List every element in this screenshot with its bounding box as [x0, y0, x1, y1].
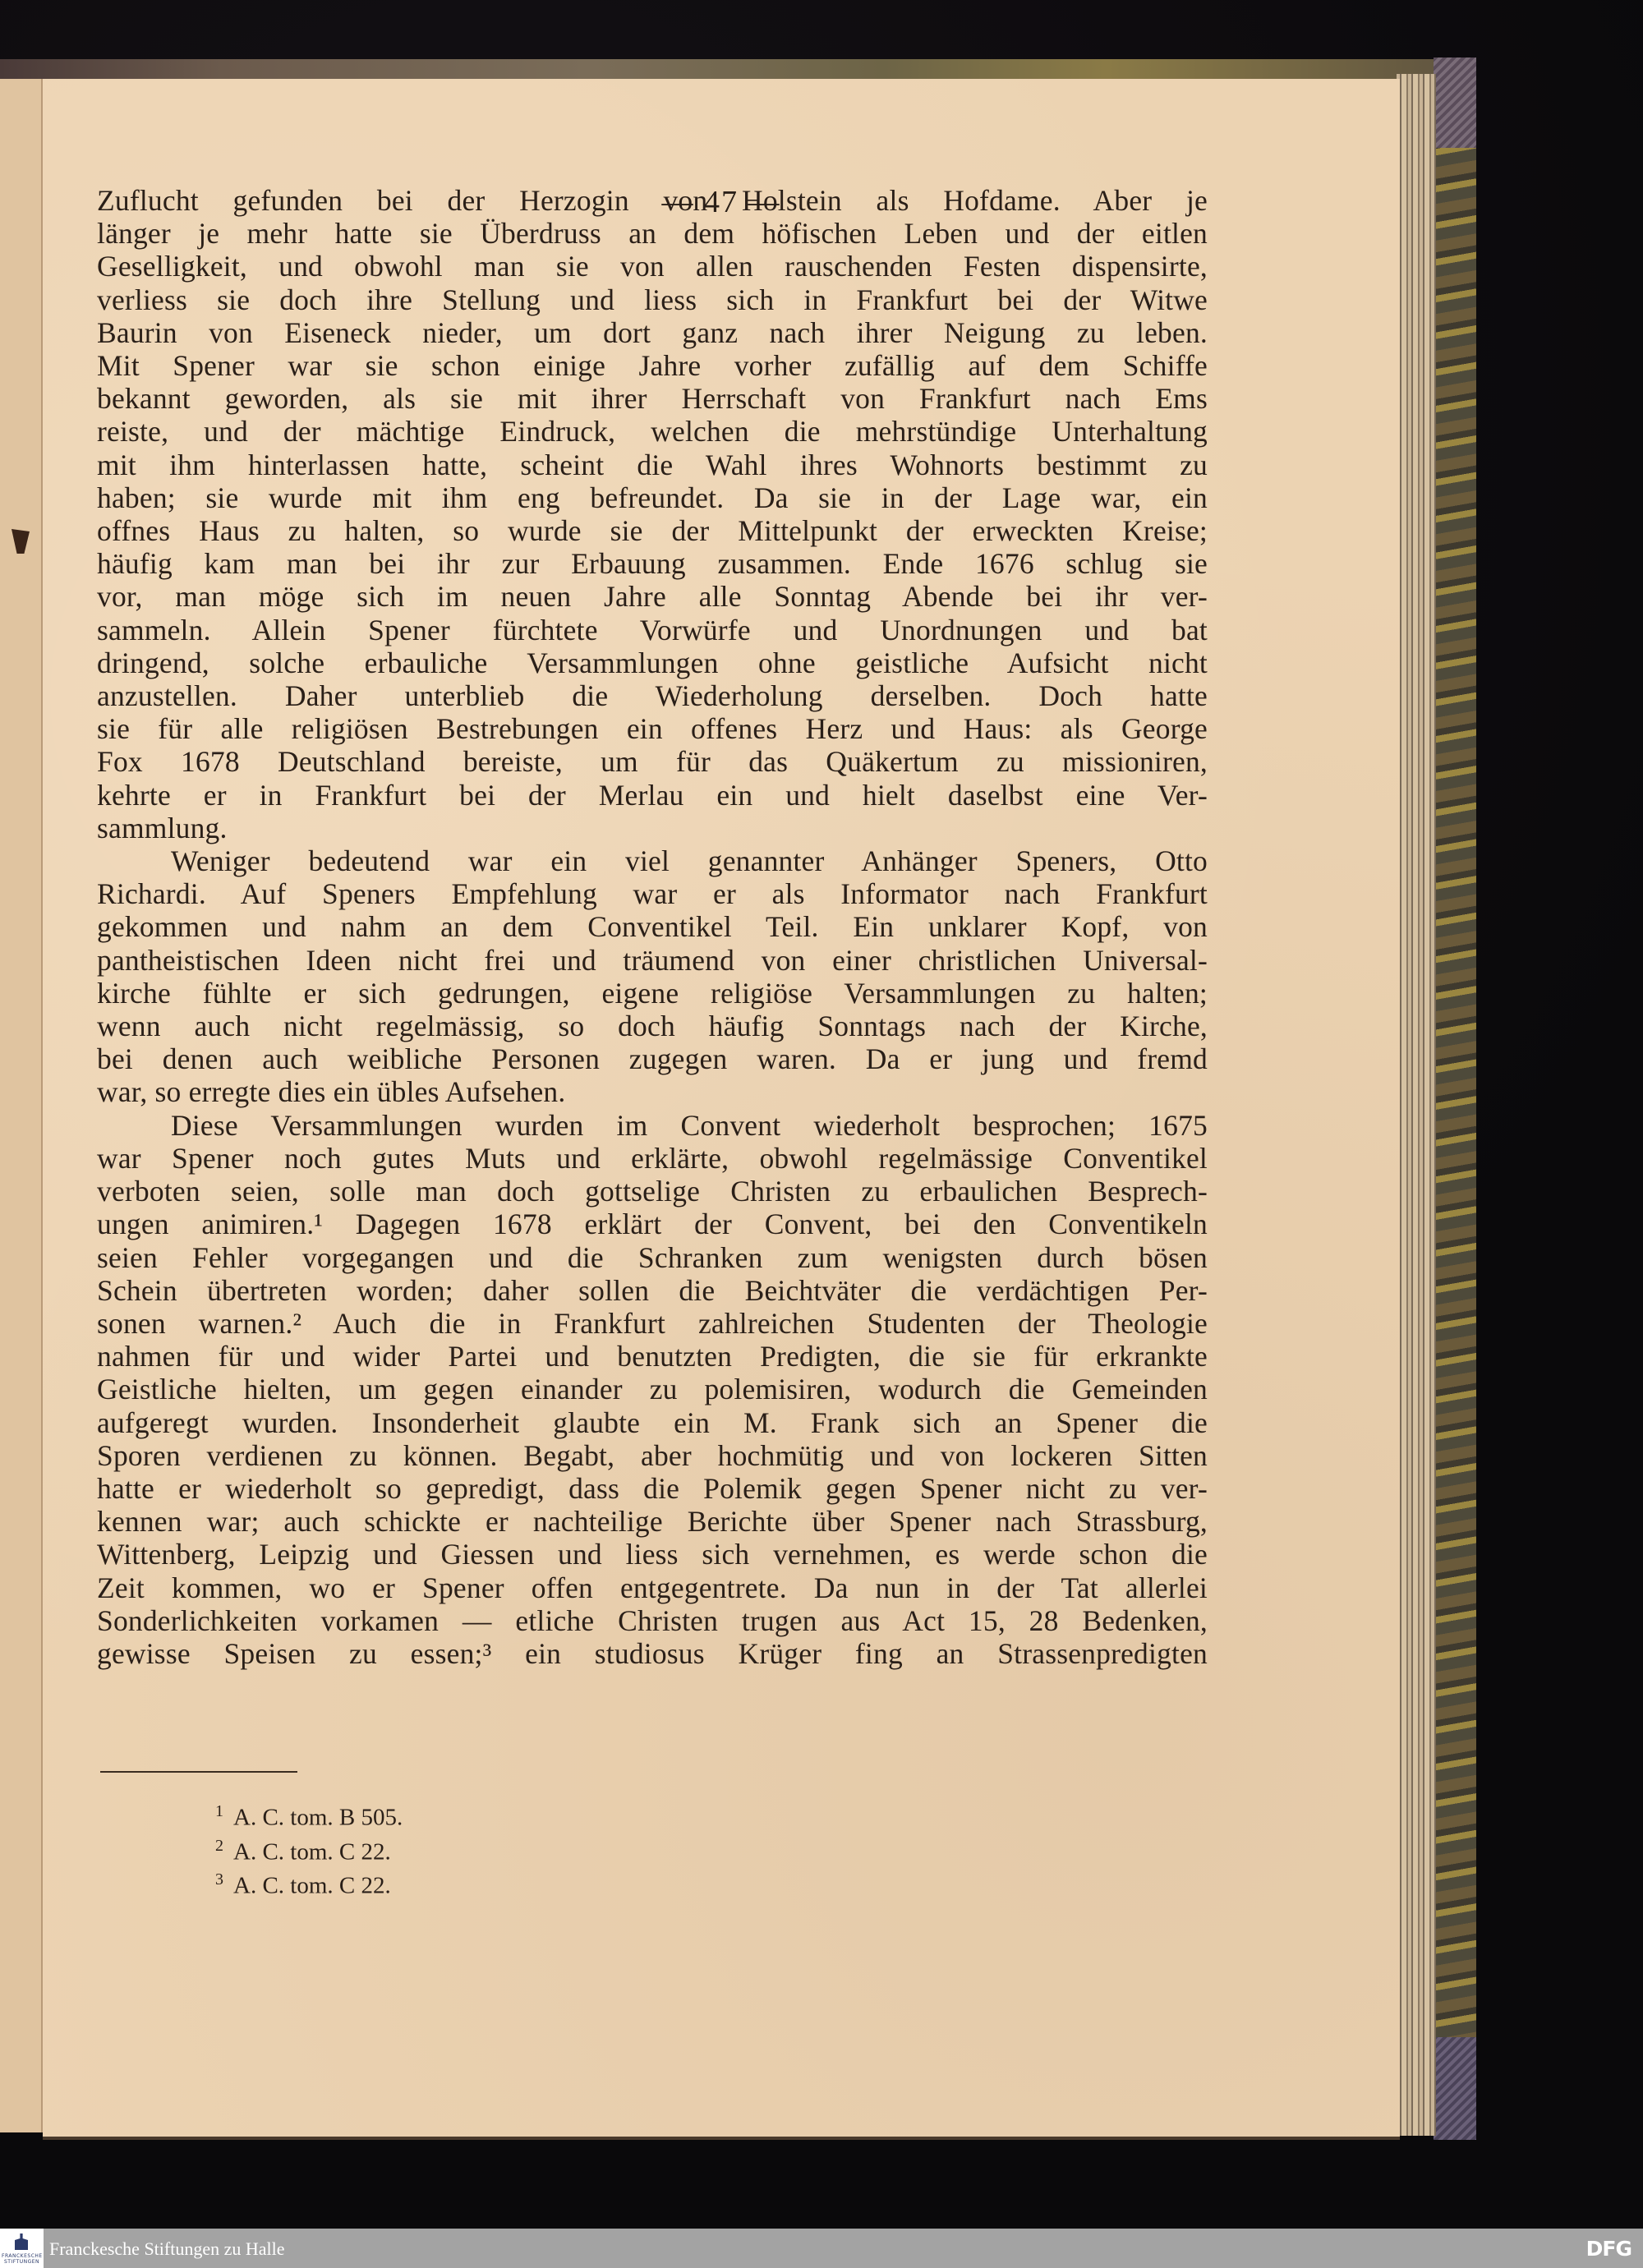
text-line: Sporen verdienen zu können. Begabt, aber…	[97, 1439, 1208, 1472]
text-line: länger je mehr hatte sie Überdruss an de…	[97, 217, 1208, 250]
book-cover-cloth-top	[1434, 58, 1476, 148]
text-line: Geistliche hielten, um gegen einander zu…	[97, 1373, 1208, 1405]
viewer-footer-bar: FRANCKESCHE STIFTUNGEN Franckesche Stift…	[0, 2229, 1643, 2268]
text-line: anzustellen. Daher unterblieb die Wieder…	[97, 679, 1208, 712]
text-line: gewisse Speisen zu essen;³ ein studiosus…	[97, 1637, 1208, 1670]
text-line: aufgeregt wurden. Insonderheit glaubte e…	[97, 1406, 1208, 1439]
text-line: Zeit kommen, wo er Spener offen entgegen…	[97, 1571, 1208, 1604]
body-text: Zuflucht gefunden bei der Herzogin von H…	[97, 184, 1208, 1670]
text-line: Mit Spener war sie schon einige Jahre vo…	[97, 349, 1208, 382]
text-line: kehrte er in Frankfurt bei der Merlau ei…	[97, 779, 1208, 812]
text-line: ungen animiren.¹ Dagegen 1678 erklärt de…	[97, 1208, 1208, 1240]
text-line: sammeln. Allein Spener fürchtete Vorwürf…	[97, 614, 1208, 646]
dfg-logo[interactable]: DFG	[1586, 2237, 1631, 2261]
facing-page-edge	[0, 79, 44, 2132]
text-line: seien Fehler vorgegangen und die Schrank…	[97, 1241, 1208, 1274]
text-line: Schein übertreten worden; daher sollen d…	[97, 1274, 1208, 1307]
text-line: dringend, solche erbauliche Versammlunge…	[97, 646, 1208, 679]
text-line: war, so erregte dies ein übles Aufsehen.	[97, 1075, 1208, 1108]
text-line: pantheistischen Ideen nicht frei und trä…	[97, 944, 1208, 977]
text-line: bekannt geworden, als sie mit ihrer Herr…	[97, 382, 1208, 415]
franckesche-stiftungen-logo[interactable]: FRANCKESCHE STIFTUNGEN	[0, 2229, 44, 2268]
text-line: war Spener noch gutes Muts und erklärte,…	[97, 1142, 1208, 1175]
page-edges	[1397, 74, 1436, 2136]
logo-caption: FRANCKESCHE STIFTUNGEN	[2, 2253, 42, 2265]
text-line: offnes Haus zu halten, so wurde sie der …	[97, 514, 1208, 547]
institution-name: Franckesche Stiftungen zu Halle	[49, 2238, 285, 2260]
text-line: hatte er wiederholt so gepredigt, dass d…	[97, 1472, 1208, 1505]
text-line: sammlung.	[97, 812, 1208, 844]
text-line: Diese Versammlungen wurden im Convent wi…	[97, 1109, 1208, 1142]
footnote: 1A. C. tom. B 505.	[215, 1797, 403, 1832]
footnote-text: A. C. tom. C 22.	[233, 1838, 391, 1865]
text-line: bei denen auch weibliche Personen zugege…	[97, 1042, 1208, 1075]
text-line: kirche fühlte er sich gedrungen, eigene …	[97, 977, 1208, 1010]
footnote: 3A. C. tom. C 22.	[215, 1865, 403, 1900]
text-line: reiste, und der mächtige Eindruck, welch…	[97, 415, 1208, 448]
text-line: mit ihm hinterlassen hatte, scheint die …	[97, 449, 1208, 481]
text-line: vor, man möge sich im neuen Jahre alle S…	[97, 580, 1208, 613]
text-line: kennen war; auch schickte er nachteilige…	[97, 1505, 1208, 1538]
text-line: Wittenberg, Leipzig und Giessen und lies…	[97, 1538, 1208, 1571]
footnote-mark: 2	[215, 1837, 223, 1855]
text-line: Richardi. Auf Speners Empfehlung war er …	[97, 877, 1208, 910]
text-line: häufig kam man bei ihr zur Erbauung zusa…	[97, 547, 1208, 580]
text-line: verboten seien, solle man doch gottselig…	[97, 1175, 1208, 1208]
footnote-text: A. C. tom. C 22.	[233, 1873, 391, 1899]
text-line: verliess sie doch ihre Stellung und lies…	[97, 283, 1208, 316]
footnote-mark: 3	[215, 1870, 223, 1888]
text-line: Fox 1678 Deutschland bereiste, um für da…	[97, 745, 1208, 778]
text-line: wenn auch nicht regelmässig, so doch häu…	[97, 1010, 1208, 1042]
footnote-text: A. C. tom. B 505.	[233, 1805, 403, 1831]
book-top-edge	[0, 59, 1475, 79]
text-line: Sonderlichkeiten vorkamen — etliche Chri…	[97, 1604, 1208, 1637]
footnote: 2A. C. tom. C 22.	[215, 1832, 403, 1866]
text-line: haben; sie wurde mit ihm eng befreundet.…	[97, 481, 1208, 514]
text-line: nahmen für und wider Partei und benutzte…	[97, 1340, 1208, 1373]
founder-statue-icon	[15, 2233, 28, 2250]
text-line: Geselligkeit, und obwohl man sie von all…	[97, 250, 1208, 283]
text-line: Baurin von Eiseneck nieder, um dort ganz…	[97, 316, 1208, 349]
book-cover-marbled	[1434, 58, 1476, 2140]
footnote-separator	[100, 1771, 297, 1773]
text-line: gekommen und nahm an dem Conventikel Tei…	[97, 910, 1208, 943]
footnotes: 1A. C. tom. B 505.2A. C. tom. C 22.3A. C…	[215, 1797, 403, 1900]
text-line: sonen warnen.² Auch die in Frankfurt zah…	[97, 1307, 1208, 1340]
text-line: sie für alle religiösen Bestrebungen ein…	[97, 712, 1208, 745]
page-tear-mark	[12, 529, 30, 554]
text-line: Zuflucht gefunden bei der Herzogin von H…	[97, 184, 1208, 217]
footnote-mark: 1	[215, 1802, 223, 1820]
book-cover-cloth-bottom	[1434, 2037, 1476, 2140]
text-line: Weniger bedeutend war ein viel genannter…	[97, 844, 1208, 877]
